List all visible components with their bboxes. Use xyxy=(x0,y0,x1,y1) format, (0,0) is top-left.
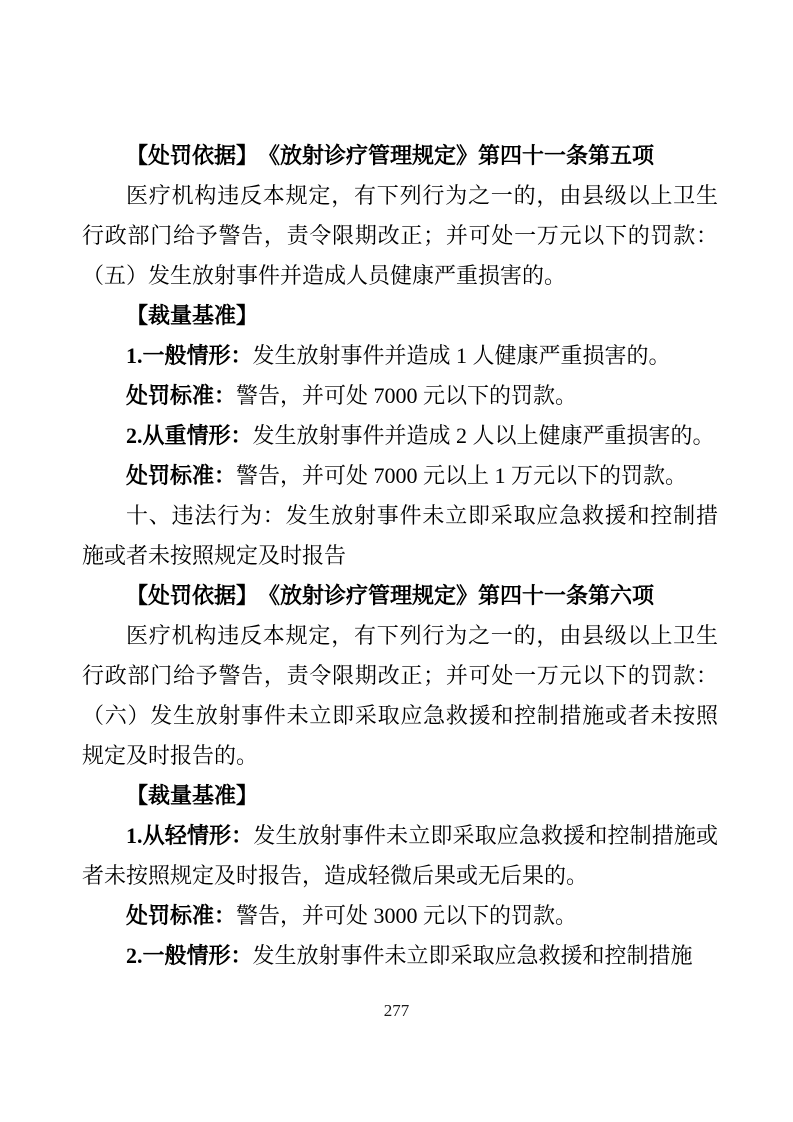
text-segment: 警告，并可处 7000 元以上 1 万元以下的罚款。 xyxy=(236,463,687,488)
document-page: 【处罚依据】 《放射诊疗管理规定》第四十一条第五项医疗机构违反本规定，有下列行为… xyxy=(0,0,793,1122)
article-41-item6-provision: 医疗机构违反本规定，有下列行为之一的，由县级以上卫生行政部门给予警告，责令限期改… xyxy=(82,616,718,776)
document-body: 【处罚依据】 《放射诊疗管理规定》第四十一条第五项医疗机构违反本规定，有下列行为… xyxy=(82,136,718,976)
bold-label: 【处罚依据】 xyxy=(126,583,247,608)
bold-label: 1.从轻情形： xyxy=(126,823,253,848)
bold-label: 2.从重情形： xyxy=(126,423,253,448)
text-segment: 警告，并可处 7000 元以下的罚款。 xyxy=(236,383,577,408)
page-number: 277 xyxy=(0,1000,793,1022)
violation-act-10: 十、违法行为：发生放射事件未立即采取应急救援和控制措施或者未按照规定及时报告 xyxy=(82,496,718,576)
general-circumstance-item5: 1.一般情形：发生放射事件并造成 1 人健康严重损害的。 xyxy=(82,336,718,376)
general-circumstance-item6: 2.一般情形：发生放射事件未立即采取应急救援和控制措施 xyxy=(82,936,718,976)
penalty-standard-item5-aggravating: 处罚标准：警告，并可处 7000 元以上 1 万元以下的罚款。 xyxy=(82,456,718,496)
penalty-standard-item5-general: 处罚标准：警告，并可处 7000 元以下的罚款。 xyxy=(82,376,718,416)
text-segment: 医疗机构违反本规定，有下列行为之一的，由县级以上卫生行政部门给予警告，责令限期改… xyxy=(82,623,718,768)
penalty-standard-item6-mitigating: 处罚标准：警告，并可处 3000 元以下的罚款。 xyxy=(82,896,718,936)
bold-label: 《放射诊疗管理规定》第四十一条第六项 xyxy=(247,583,654,608)
mitigating-circumstance-item6: 1.从轻情形：发生放射事件未立即采取应急救援和控制措施或者未按照规定及时报告，造… xyxy=(82,816,718,896)
bold-label: 【裁量基准】 xyxy=(126,303,258,328)
bold-label: 处罚标准： xyxy=(126,903,236,928)
text-segment: 发生放射事件并造成 1 人健康严重损害的。 xyxy=(253,343,671,368)
bold-label: 【裁量基准】 xyxy=(126,783,258,808)
penalty-basis-heading-item5: 【处罚依据】 《放射诊疗管理规定》第四十一条第五项 xyxy=(82,136,718,176)
text-segment: 十、违法行为：发生放射事件未立即采取应急救援和控制措施或者未按照规定及时报告 xyxy=(82,503,718,568)
bold-label: 《放射诊疗管理规定》第四十一条第五项 xyxy=(247,143,654,168)
bold-label: 处罚标准： xyxy=(126,383,236,408)
discretion-benchmark-heading-1: 【裁量基准】 xyxy=(82,296,718,336)
penalty-basis-heading-item6: 【处罚依据】 《放射诊疗管理规定》第四十一条第六项 xyxy=(82,576,718,616)
text-segment: 医疗机构违反本规定，有下列行为之一的，由县级以上卫生行政部门给予警告，责令限期改… xyxy=(82,183,718,288)
bold-label: 【处罚依据】 xyxy=(126,143,247,168)
text-segment: 警告，并可处 3000 元以下的罚款。 xyxy=(236,903,577,928)
discretion-benchmark-heading-2: 【裁量基准】 xyxy=(82,776,718,816)
article-41-item5-provision: 医疗机构违反本规定，有下列行为之一的，由县级以上卫生行政部门给予警告，责令限期改… xyxy=(82,176,718,296)
text-segment: 发生放射事件未立即采取应急救援和控制措施 xyxy=(253,943,693,968)
text-segment: 发生放射事件并造成 2 人以上健康严重损害的。 xyxy=(253,423,715,448)
bold-label: 处罚标准： xyxy=(126,463,236,488)
bold-label: 1.一般情形： xyxy=(126,343,253,368)
bold-label: 2.一般情形： xyxy=(126,943,253,968)
aggravating-circumstance-item5: 2.从重情形：发生放射事件并造成 2 人以上健康严重损害的。 xyxy=(82,416,718,456)
